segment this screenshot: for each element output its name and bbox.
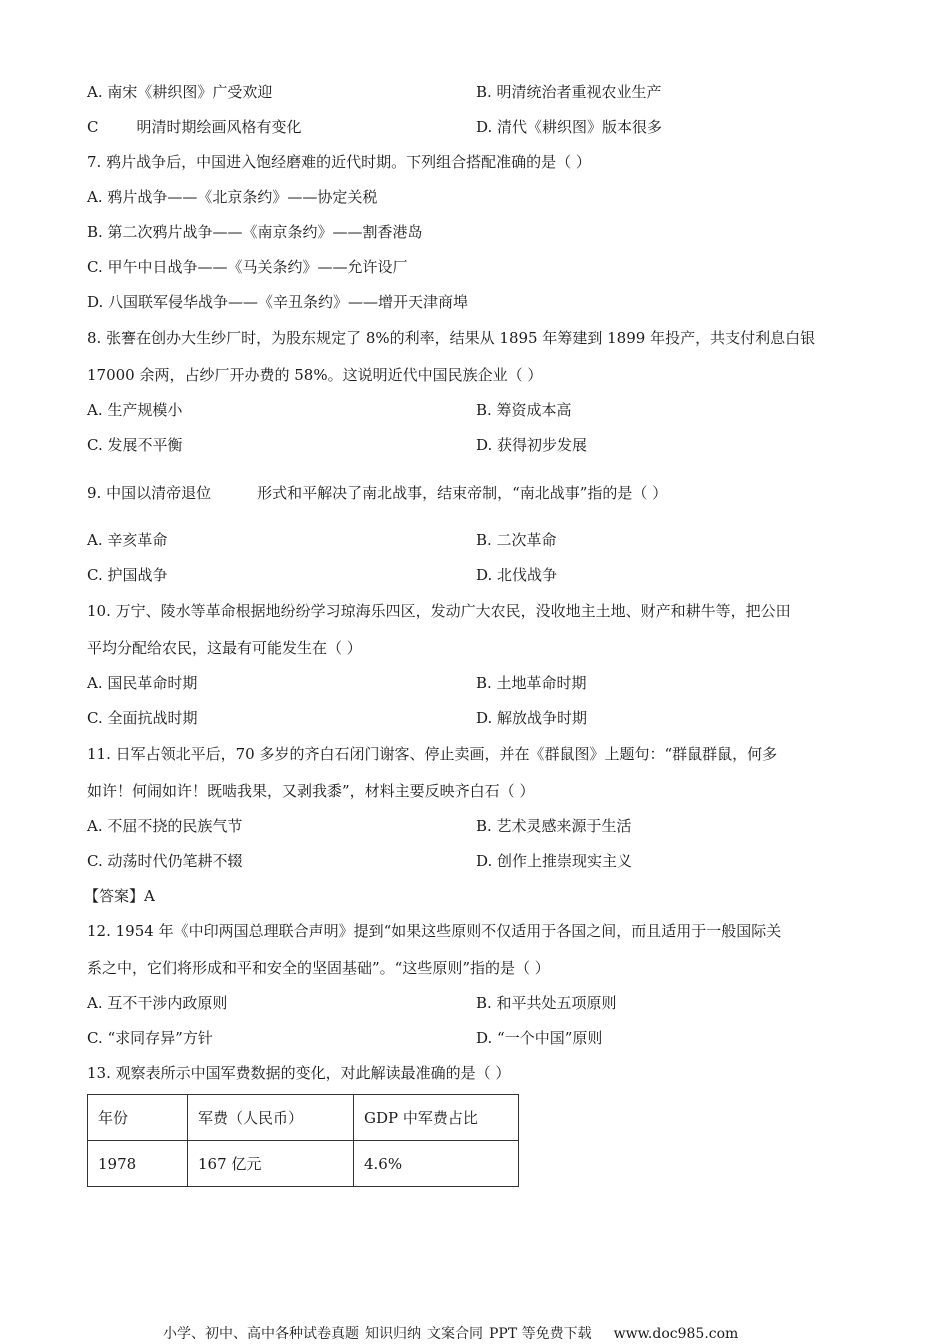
footer-text-1: 小学、初中、高中各种试卷真题 [163,1326,359,1342]
q6-option-a: A. 南宋《耕织图》广受欢迎 [87,82,272,102]
q7-stem: 7. 鸦片战争后，中国进入饱经磨难的近代时期。下列组合搭配准确的是（ ） [87,152,591,172]
q6-option-row-1: A. 南宋《耕织图》广受欢迎 B. 明清统治者重视农业生产 [87,82,887,102]
q8-option-d: D. 获得初步发展 [476,435,587,455]
q12-stem-line-2: 系之中，它们将形成和平和安全的坚固基础”。“这些原则”指的是（ ） [87,958,550,978]
table-header-row: 年份 军费（人民币） GDP 中军费占比 [88,1095,519,1141]
q11-option-d: D. 创作上推崇现实主义 [476,851,632,871]
q7-option-c: C. 甲午中日战争——《马关条约》——允许设厂 [87,257,407,277]
q12-option-row-2: C. “求同存异”方针 D. “一个中国”原则 [87,1028,887,1048]
q7-option-d: D. 八国联军侵华战争——《辛丑条约》——增开天津商埠 [87,292,468,312]
q12-option-b: B. 和平共处五项原则 [476,993,617,1013]
q11-stem-line-2: 如许！何闹如许！既啮我果，又剥我黍”，材料主要反映齐白石（ ） [87,781,534,801]
q10-option-d: D. 解放战争时期 [476,708,587,728]
q11-option-a: A. 不屈不挠的民族气节 [87,816,242,836]
q11-option-row-1: A. 不屈不挠的民族气节 B. 艺术灵感来源于生活 [87,816,887,836]
q7-option-a: A. 鸦片战争——《北京条约》——协定关税 [87,187,377,207]
q10-stem-line-2: 平均分配给农民，这最有可能发生在（ ） [87,638,362,658]
q6-option-d: D. 清代《耕织图》版本很多 [476,117,662,137]
q8-option-c: C. 发展不平衡 [87,435,182,455]
footer-url-link[interactable]: www.doc985.com [614,1326,739,1342]
q9-option-row-2: C. 护国战争 D. 北伐战争 [87,565,887,585]
q13-stem: 13. 观察表所示中国军费数据的变化，对此解读最准确的是（ ） [87,1063,510,1083]
table-header-gdp-share: GDP 中军费占比 [354,1095,519,1141]
table-cell-spending: 167 亿元 [188,1141,354,1187]
q10-option-row-2: C. 全面抗战时期 D. 解放战争时期 [87,708,887,728]
table-header-year: 年份 [88,1095,188,1141]
footer-text-3: 文案合同 [427,1326,483,1342]
q10-option-b: B. 土地革命时期 [476,673,587,693]
table-cell-gdp-share: 4.6% [354,1141,519,1187]
q8-option-row-1: A. 生产规模小 B. 筹资成本高 [87,400,887,420]
q11-option-b: B. 艺术灵感来源于生活 [476,816,632,836]
q12-option-c: C. “求同存异”方针 [87,1028,213,1048]
q8-stem-line-1: 8. 张謇在创办大生纱厂时，为股东规定了 8%的利率，结果从 1895 年筹建到… [87,328,815,348]
page-footer: 小学、初中、高中各种试卷真题知识归纳文案合同PPT 等免费下载www.doc98… [163,1325,738,1343]
q9-stem: 9. 中国以清帝退位形式和平解决了南北战事，结束帝制，“南北战事”指的是（ ） [87,483,667,503]
q6-option-b: B. 明清统治者重视农业生产 [476,82,662,102]
q12-option-d: D. “一个中国”原则 [476,1028,602,1048]
q10-option-row-1: A. 国民革命时期 B. 土地革命时期 [87,673,887,693]
q8-option-row-2: C. 发展不平衡 D. 获得初步发展 [87,435,887,455]
q7-option-b: B. 第二次鸦片战争——《南京条约》——割香港岛 [87,222,423,242]
footer-text-4: PPT 等免费下载 [489,1326,592,1342]
footer-text-2: 知识归纳 [365,1326,421,1342]
military-spending-table: 年份 军费（人民币） GDP 中军费占比 1978 167 亿元 4.6% [87,1094,519,1187]
table-cell-year: 1978 [88,1141,188,1187]
q8-option-a: A. 生产规模小 [87,400,182,420]
q8-option-b: B. 筹资成本高 [476,400,572,420]
q11-option-c: C. 动荡时代仍笔耕不辍 [87,851,242,871]
table-header-spending: 军费（人民币） [188,1095,354,1141]
q9-option-row-1: A. 辛亥革命 B. 二次革命 [87,530,887,550]
q10-option-c: C. 全面抗战时期 [87,708,197,728]
q9-option-d: D. 北伐战争 [476,565,557,585]
table-row: 1978 167 亿元 4.6% [88,1141,519,1187]
q9-option-c: C. 护国战争 [87,565,167,585]
q10-option-a: A. 国民革命时期 [87,673,197,693]
q11-option-row-2: C. 动荡时代仍笔耕不辍 D. 创作上推崇现实主义 [87,851,887,871]
q6-option-c: C明清时期绘画风格有变化 [87,117,302,137]
q11-answer: 【答案】A [84,886,155,906]
q12-option-row-1: A. 互不干涉内政原则 B. 和平共处五项原则 [87,993,887,1013]
q11-stem-line-1: 11. 日军占领北平后，70 多岁的齐白石闭门谢客、停止卖画，并在《群鼠图》上题… [87,744,777,764]
q9-option-a: A. 辛亥革命 [87,530,167,550]
q12-stem-line-1: 12. 1954 年《中印两国总理联合声明》提到“如果这些原则不仅适用于各国之间… [87,921,781,941]
q10-stem-line-1: 10. 万宁、陵水等革命根据地纷纷学习琼海乐四区，发动广大农民，没收地主土地、财… [87,601,791,621]
q9-option-b: B. 二次革命 [476,530,557,550]
q6-option-row-2: C明清时期绘画风格有变化 D. 清代《耕织图》版本很多 [87,117,887,137]
q12-option-a: A. 互不干涉内政原则 [87,993,227,1013]
q8-stem-line-2: 17000 余两，占纱厂开办费的 58%。这说明近代中国民族企业（ ） [87,365,542,385]
